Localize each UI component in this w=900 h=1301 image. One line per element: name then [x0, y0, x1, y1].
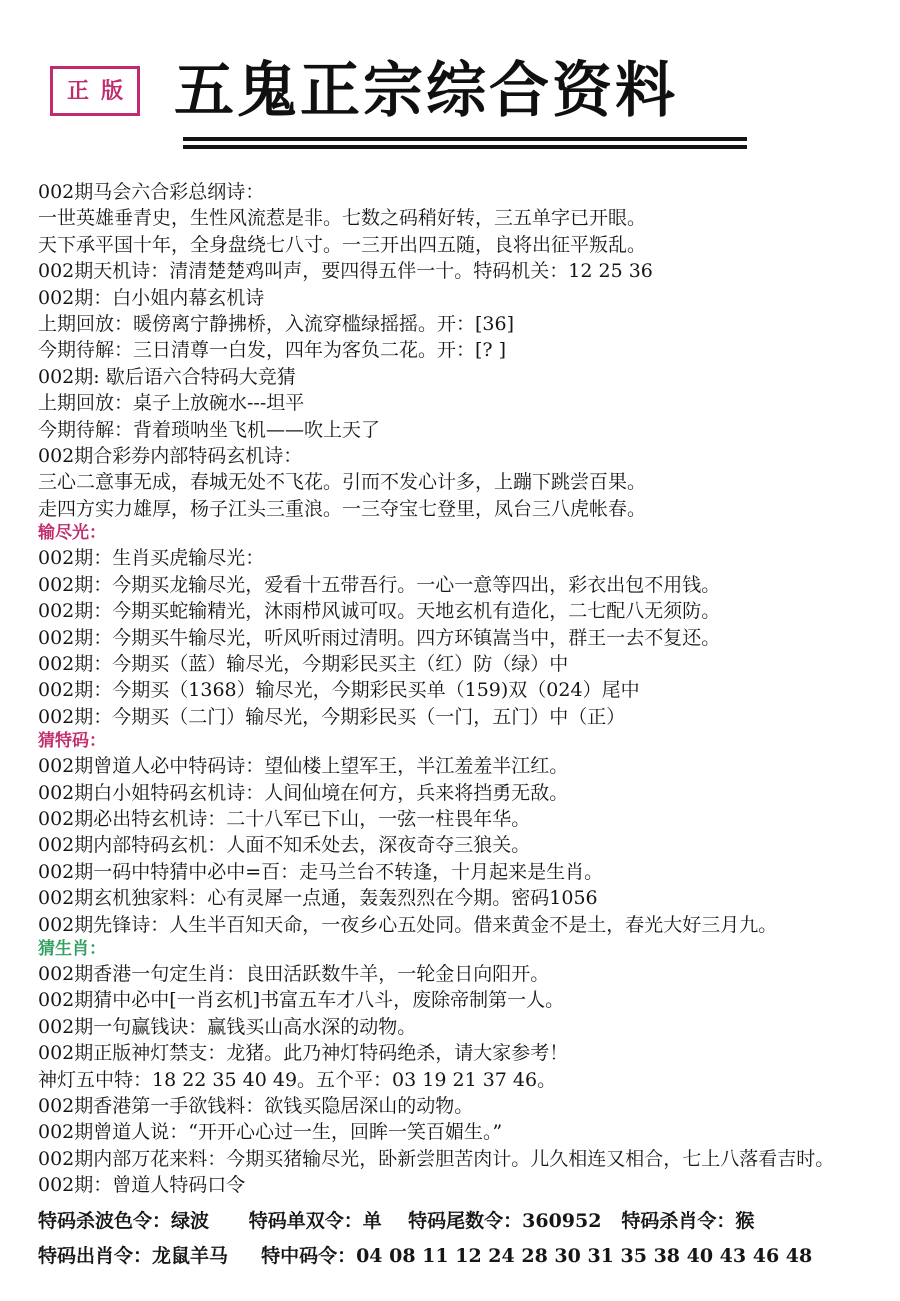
text-line: 特码杀波色令：绿波 特码单双令：单 特码尾数令：360952 特码杀肖令：猴 — [38, 1208, 886, 1234]
content-lines: 002期马会六合彩总纲诗：一世英雄垂青史，生性风流惹是非。七数之码稍好转，三五单… — [38, 179, 886, 1269]
text-line: 002期香港第一手欲钱料：欲钱买隐居深山的动物。 — [38, 1093, 886, 1119]
text-line: 002期：今期买（二门）输尽光，今期彩民买（一门，五门）中（正） — [38, 704, 886, 730]
text-line: 002期：今期买（1368）输尽光，今期彩民买单（159)双（024）尾中 — [38, 677, 886, 703]
page-title: 五鬼正宗综合资料 — [174, 58, 678, 124]
title-double-underline — [183, 137, 747, 149]
text-line: 今期待解：背着琐呐坐飞机——吹上天了 — [38, 417, 886, 443]
text-line: 002期天机诗：清清楚楚鸡叫声，要四得五伴一十。特码机关：12 25 36 — [38, 258, 886, 284]
text-line: 002期白小姐特码玄机诗：人间仙境在何方，兵来将挡勇无敌。 — [38, 780, 886, 806]
text-line: 上期回放：桌子上放碗水---坦平 — [38, 390, 886, 416]
masthead: 正版 五鬼正宗综合资料 — [50, 58, 880, 124]
text-line: 002期合彩券内部特码玄机诗： — [38, 443, 886, 469]
text-line: 002期一句赢钱诀：赢钱买山高水深的动物。 — [38, 1014, 886, 1040]
text-line: 002期内部万花来料：今期买猪输尽光，卧新尝胆苦肉计。儿久相连又相合，七上八落看… — [38, 1146, 886, 1172]
text-line: 002期必出特玄机诗：二十八军已下山，一弦一柱畏年华。 — [38, 806, 886, 832]
text-line: 天下承平国十年，全身盘绕七八寸。一三开出四五随，良将出征平叛乱。 — [38, 232, 886, 258]
text-line: 002期一码中特猜中必中=百：走马兰台不转逢，十月起来是生肖。 — [38, 859, 886, 885]
text-line: 002期内部特码玄机：人面不知禾处去，深夜奇夺三狼关。 — [38, 832, 886, 858]
authentic-badge: 正版 — [50, 66, 140, 116]
page: 正版 五鬼正宗综合资料 002期马会六合彩总纲诗：一世英雄垂青史，生性风流惹是非… — [0, 0, 900, 1301]
text-line: 今期待解：三日清尊一白发，四年为客负二花。开：[? ] — [38, 337, 886, 363]
section-header: 猜特码： — [38, 730, 886, 753]
text-line: 002期：今期买牛输尽光，听风听雨过清明。四方环镇嵩当中，群王一去不复还。 — [38, 625, 886, 651]
text-line: 002期：今期买龙输尽光，爱看十五带吾行。一心一意等四出，彩衣出包不用钱。 — [38, 572, 886, 598]
text-line: 上期回放：暖傍离宁静拂桥，入流穿槛绿摇摇。开：[36] — [38, 311, 886, 337]
text-line: 特码出肖令：龙鼠羊马 特中码令：04 08 11 12 24 28 30 31 … — [38, 1243, 886, 1269]
text-line: 002期：曾道人特码口令 — [38, 1172, 886, 1198]
text-line: 神灯五中特：18 22 35 40 49。五个平：03 19 21 37 46。 — [38, 1067, 886, 1093]
text-line: 002期：白小姐内幕玄机诗 — [38, 285, 886, 311]
text-line: 002期香港一句定生肖：良田活跃数牛羊，一轮金日向阳开。 — [38, 961, 886, 987]
text-line: 002期: 歇后语六合特码大竞猜 — [38, 364, 886, 390]
text-line: 002期曾道人说：“开开心心过一生，回眸一笑百媚生。” — [38, 1119, 886, 1145]
text-line: 002期：今期买（蓝）输尽光，今期彩民买主（红）防（绿）中 — [38, 651, 886, 677]
text-line: 002期：生肖买虎输尽光： — [38, 545, 886, 571]
text-line: 002期：今期买蛇输精光，沐雨栉风诚可叹。天地玄机有造化，二七配八无须防。 — [38, 598, 886, 624]
text-line: 走四方实力雄厚，杨子江头三重浪。一三夺宝七登里，凤台三八虎帐春。 — [38, 496, 886, 522]
text-line: 002期正版神灯禁支：龙猪。此乃神灯特码绝杀，请大家参考！ — [38, 1040, 886, 1066]
section-header: 猜生肖： — [38, 938, 886, 961]
text-line: 002期先锋诗：人生半百知天命，一夜乡心五处同。借来黄金不是土，春光大好三月九。 — [38, 912, 886, 938]
section-header: 输尽光： — [38, 522, 886, 545]
text-line: 002期玄机独家料：心有灵犀一点通，轰轰烈烈在今期。密码1056 — [38, 885, 886, 911]
text-line: 一世英雄垂青史，生性风流惹是非。七数之码稍好转，三五单字已开眼。 — [38, 205, 886, 231]
text-line: 002期曾道人必中特码诗：望仙楼上望军王，半江羞羞半江红。 — [38, 753, 886, 779]
text-line: 002期猜中必中[一肖玄机]书富五车才八斗，废除帝制第一人。 — [38, 987, 886, 1013]
text-line: 三心二意事无成，春城无处不飞花。引而不发心计多，上蹦下跳尝百果。 — [38, 469, 886, 495]
text-line: 002期马会六合彩总纲诗： — [38, 179, 886, 205]
